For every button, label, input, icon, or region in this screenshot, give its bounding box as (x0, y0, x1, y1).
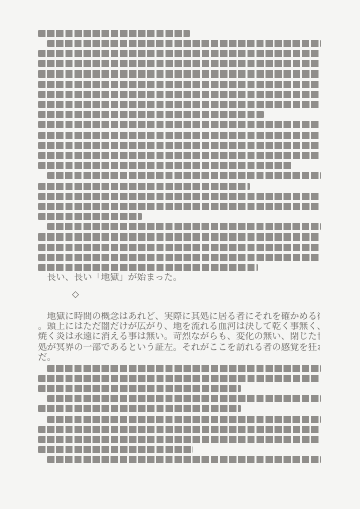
redacted-line (38, 232, 320, 242)
redacted-line (38, 191, 320, 201)
redacted-text-bar (38, 101, 320, 108)
redacted-text-bar (38, 30, 190, 37)
redacted-line (38, 222, 320, 232)
redacted-line (38, 394, 320, 404)
redacted-text-bar (38, 446, 193, 453)
redacted-text-bar (47, 456, 321, 463)
text-line: 地獄に時間の概念はあれど、実際に其処に居る者にそれを確かめる術は無い (38, 312, 320, 322)
redacted-text-bar (38, 203, 320, 210)
text-block-upper: 長い、長い「地獄」が始まった。 (38, 28, 320, 283)
redacted-line (38, 444, 320, 454)
redacted-line (38, 48, 320, 58)
redacted-text-bar (38, 91, 320, 98)
redacted-text-bar (38, 405, 241, 412)
redacted-line (38, 28, 320, 38)
redacted-line (38, 262, 320, 272)
redacted-line (38, 79, 320, 89)
redacted-line (38, 414, 320, 424)
text-line: 処が冥界の一部であるという証左。それがここを訪れる者の感覚を狂わせるの (38, 343, 320, 353)
redacted-text-bar (47, 172, 321, 179)
redacted-text-bar (38, 213, 142, 220)
redacted-line (38, 38, 320, 48)
redacted-line (38, 171, 320, 181)
redacted-text-bar (38, 375, 320, 382)
redacted-line (38, 373, 320, 383)
redacted-text-bar (38, 70, 320, 77)
redacted-text-bar (38, 142, 320, 149)
text-line: 。頭上にはただ闇だけが広がり、地を流れる血河は決して乾く事無く、罪人を (38, 322, 320, 332)
redacted-line (38, 110, 320, 120)
page: 長い、長い「地獄」が始まった。 ◇ 地獄に時間の概念はあれど、実際に其処に居る者… (0, 0, 360, 509)
redacted-line (38, 455, 320, 465)
redacted-text-bar (38, 233, 320, 240)
text-block-lower: 地獄に時間の概念はあれど、実際に其処に居る者にそれを確かめる術は無い。頭上にはた… (38, 312, 320, 465)
redacted-text-bar (38, 193, 320, 200)
redacted-text-bar (38, 183, 250, 190)
redacted-line (38, 434, 320, 444)
redacted-line (38, 150, 320, 160)
redacted-text-bar (38, 162, 292, 169)
redacted-text-bar (47, 416, 321, 423)
redacted-line (38, 99, 320, 109)
redacted-text-bar (38, 50, 320, 57)
redacted-text-bar (38, 264, 258, 271)
redacted-text-bar (38, 436, 320, 443)
redacted-text-bar (38, 152, 320, 159)
redacted-line (38, 211, 320, 221)
text-line: だ。 (38, 353, 320, 363)
redacted-line (38, 140, 320, 150)
redacted-text-bar (47, 395, 321, 402)
redacted-line (38, 69, 320, 79)
redacted-line (38, 130, 320, 140)
redacted-line (38, 160, 320, 170)
redacted-text-bar (47, 365, 321, 372)
redacted-text-bar (38, 254, 320, 261)
redacted-line (38, 59, 320, 69)
redacted-line (38, 89, 320, 99)
redacted-line (38, 181, 320, 191)
redacted-text-bar (38, 244, 320, 251)
redacted-text-bar (47, 223, 321, 230)
redacted-line (38, 383, 320, 393)
redacted-text-bar (38, 111, 264, 118)
redacted-line (38, 201, 320, 211)
redacted-line (38, 120, 320, 130)
redacted-text-bar (47, 40, 321, 47)
redacted-text-bar (38, 426, 320, 433)
redacted-line (38, 424, 320, 434)
redacted-line (38, 242, 320, 252)
redacted-line (38, 252, 320, 262)
text-line: 焼く炎は永遠に消える事は無い。苛烈ながらも、変化の無い、閉じた世界。此 (38, 332, 320, 342)
redacted-line (38, 404, 320, 414)
redacted-text-bar (38, 60, 320, 67)
redacted-text-bar (38, 81, 320, 88)
redacted-text-bar (38, 385, 241, 392)
section-break-mark: ◇ (72, 290, 79, 300)
text-line: 長い、長い「地獄」が始まった。 (38, 273, 320, 283)
redacted-text-bar (38, 132, 320, 139)
redacted-text-bar (38, 121, 320, 128)
redacted-line (38, 363, 320, 373)
